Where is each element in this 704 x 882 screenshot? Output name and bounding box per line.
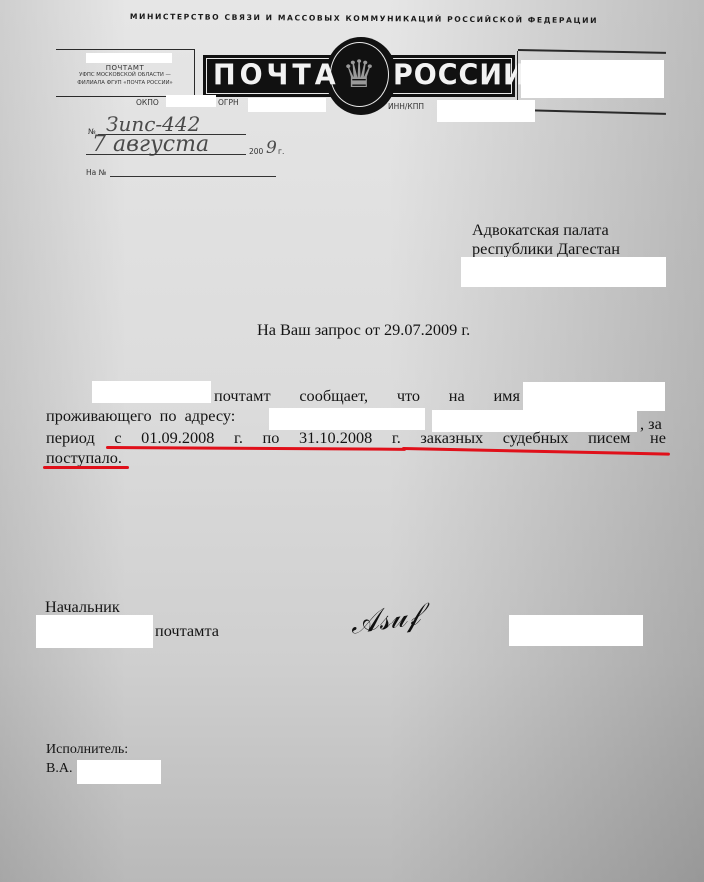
red-underline-received — [43, 466, 129, 469]
redaction — [521, 60, 664, 98]
recipient-redaction — [461, 257, 666, 287]
body-line-3: период с 01.09.2008 г. по 31.10.2008 г. … — [46, 428, 666, 448]
executor-name-redaction — [77, 760, 161, 784]
ogrn-label: ОГРН — [218, 98, 239, 107]
post-office-box: ПОЧТАМТ УФПС МОСКОВСКОЙ ОБЛАСТИ — ФИЛИАЛ… — [56, 49, 195, 97]
subject-line: На Ваш запрос от 29.07.2009 г. — [257, 320, 470, 340]
ogrn-redaction — [248, 98, 326, 112]
logo-text-pochta: ПОЧТА — [213, 55, 340, 97]
date-underline — [86, 154, 246, 155]
redaction — [86, 53, 172, 63]
address-redaction-1 — [269, 408, 425, 430]
body-line-2: проживающего по адресу: — [46, 406, 235, 426]
ufps-label: УФПС МОСКОВСКОЙ ОБЛАСТИ — — [56, 72, 194, 78]
reply-to-label: На № — [86, 168, 106, 177]
executor-label: Исполнитель: — [46, 742, 128, 758]
red-underline-letters — [402, 447, 670, 456]
post-office-name-redaction — [92, 381, 211, 403]
ministry-header: МИНИСТЕРСТВО СВЯЗИ И МАССОВЫХ КОММУНИКАЦ… — [12, 11, 704, 26]
year-prefix: 200 — [249, 147, 263, 156]
okpo-redaction — [166, 95, 216, 107]
okpo-label: ОКПО — [136, 98, 159, 107]
recipient-line-1: Адвокатская палата — [472, 220, 609, 240]
inn-kpp-redaction — [437, 100, 535, 122]
reply-to-underline — [110, 176, 276, 177]
post-office-name-redaction — [36, 615, 153, 648]
signatory-office: почтамта — [155, 621, 219, 641]
recipient-line-2: республики Дагестан — [472, 239, 620, 259]
body-line-4: поступало. — [46, 448, 122, 468]
eagle-emblem-icon: ♛ — [342, 52, 376, 98]
body-line-1: почтамт сообщает, что на имя — [214, 386, 520, 406]
red-underline-period — [106, 446, 406, 451]
handwritten-year-digit: 9 — [266, 138, 277, 158]
recipient-name-redaction — [523, 382, 665, 411]
executor-initials: В.А. — [46, 761, 72, 777]
post-office-label: ПОЧТАМТ — [56, 64, 194, 72]
year-suffix: г. — [278, 147, 284, 156]
logo-text-rossii: РОССИИ — [393, 55, 527, 97]
signature: 𝒜𝓈𝓊𝒻 — [348, 597, 422, 641]
filial-label: ФИЛИАЛА ФГУП «ПОЧТА РОССИИ» — [56, 80, 194, 86]
signatory-title: Начальник — [45, 597, 120, 617]
signatory-name-redaction — [509, 615, 643, 646]
inn-kpp-label: ИНН/КПП — [388, 102, 424, 111]
